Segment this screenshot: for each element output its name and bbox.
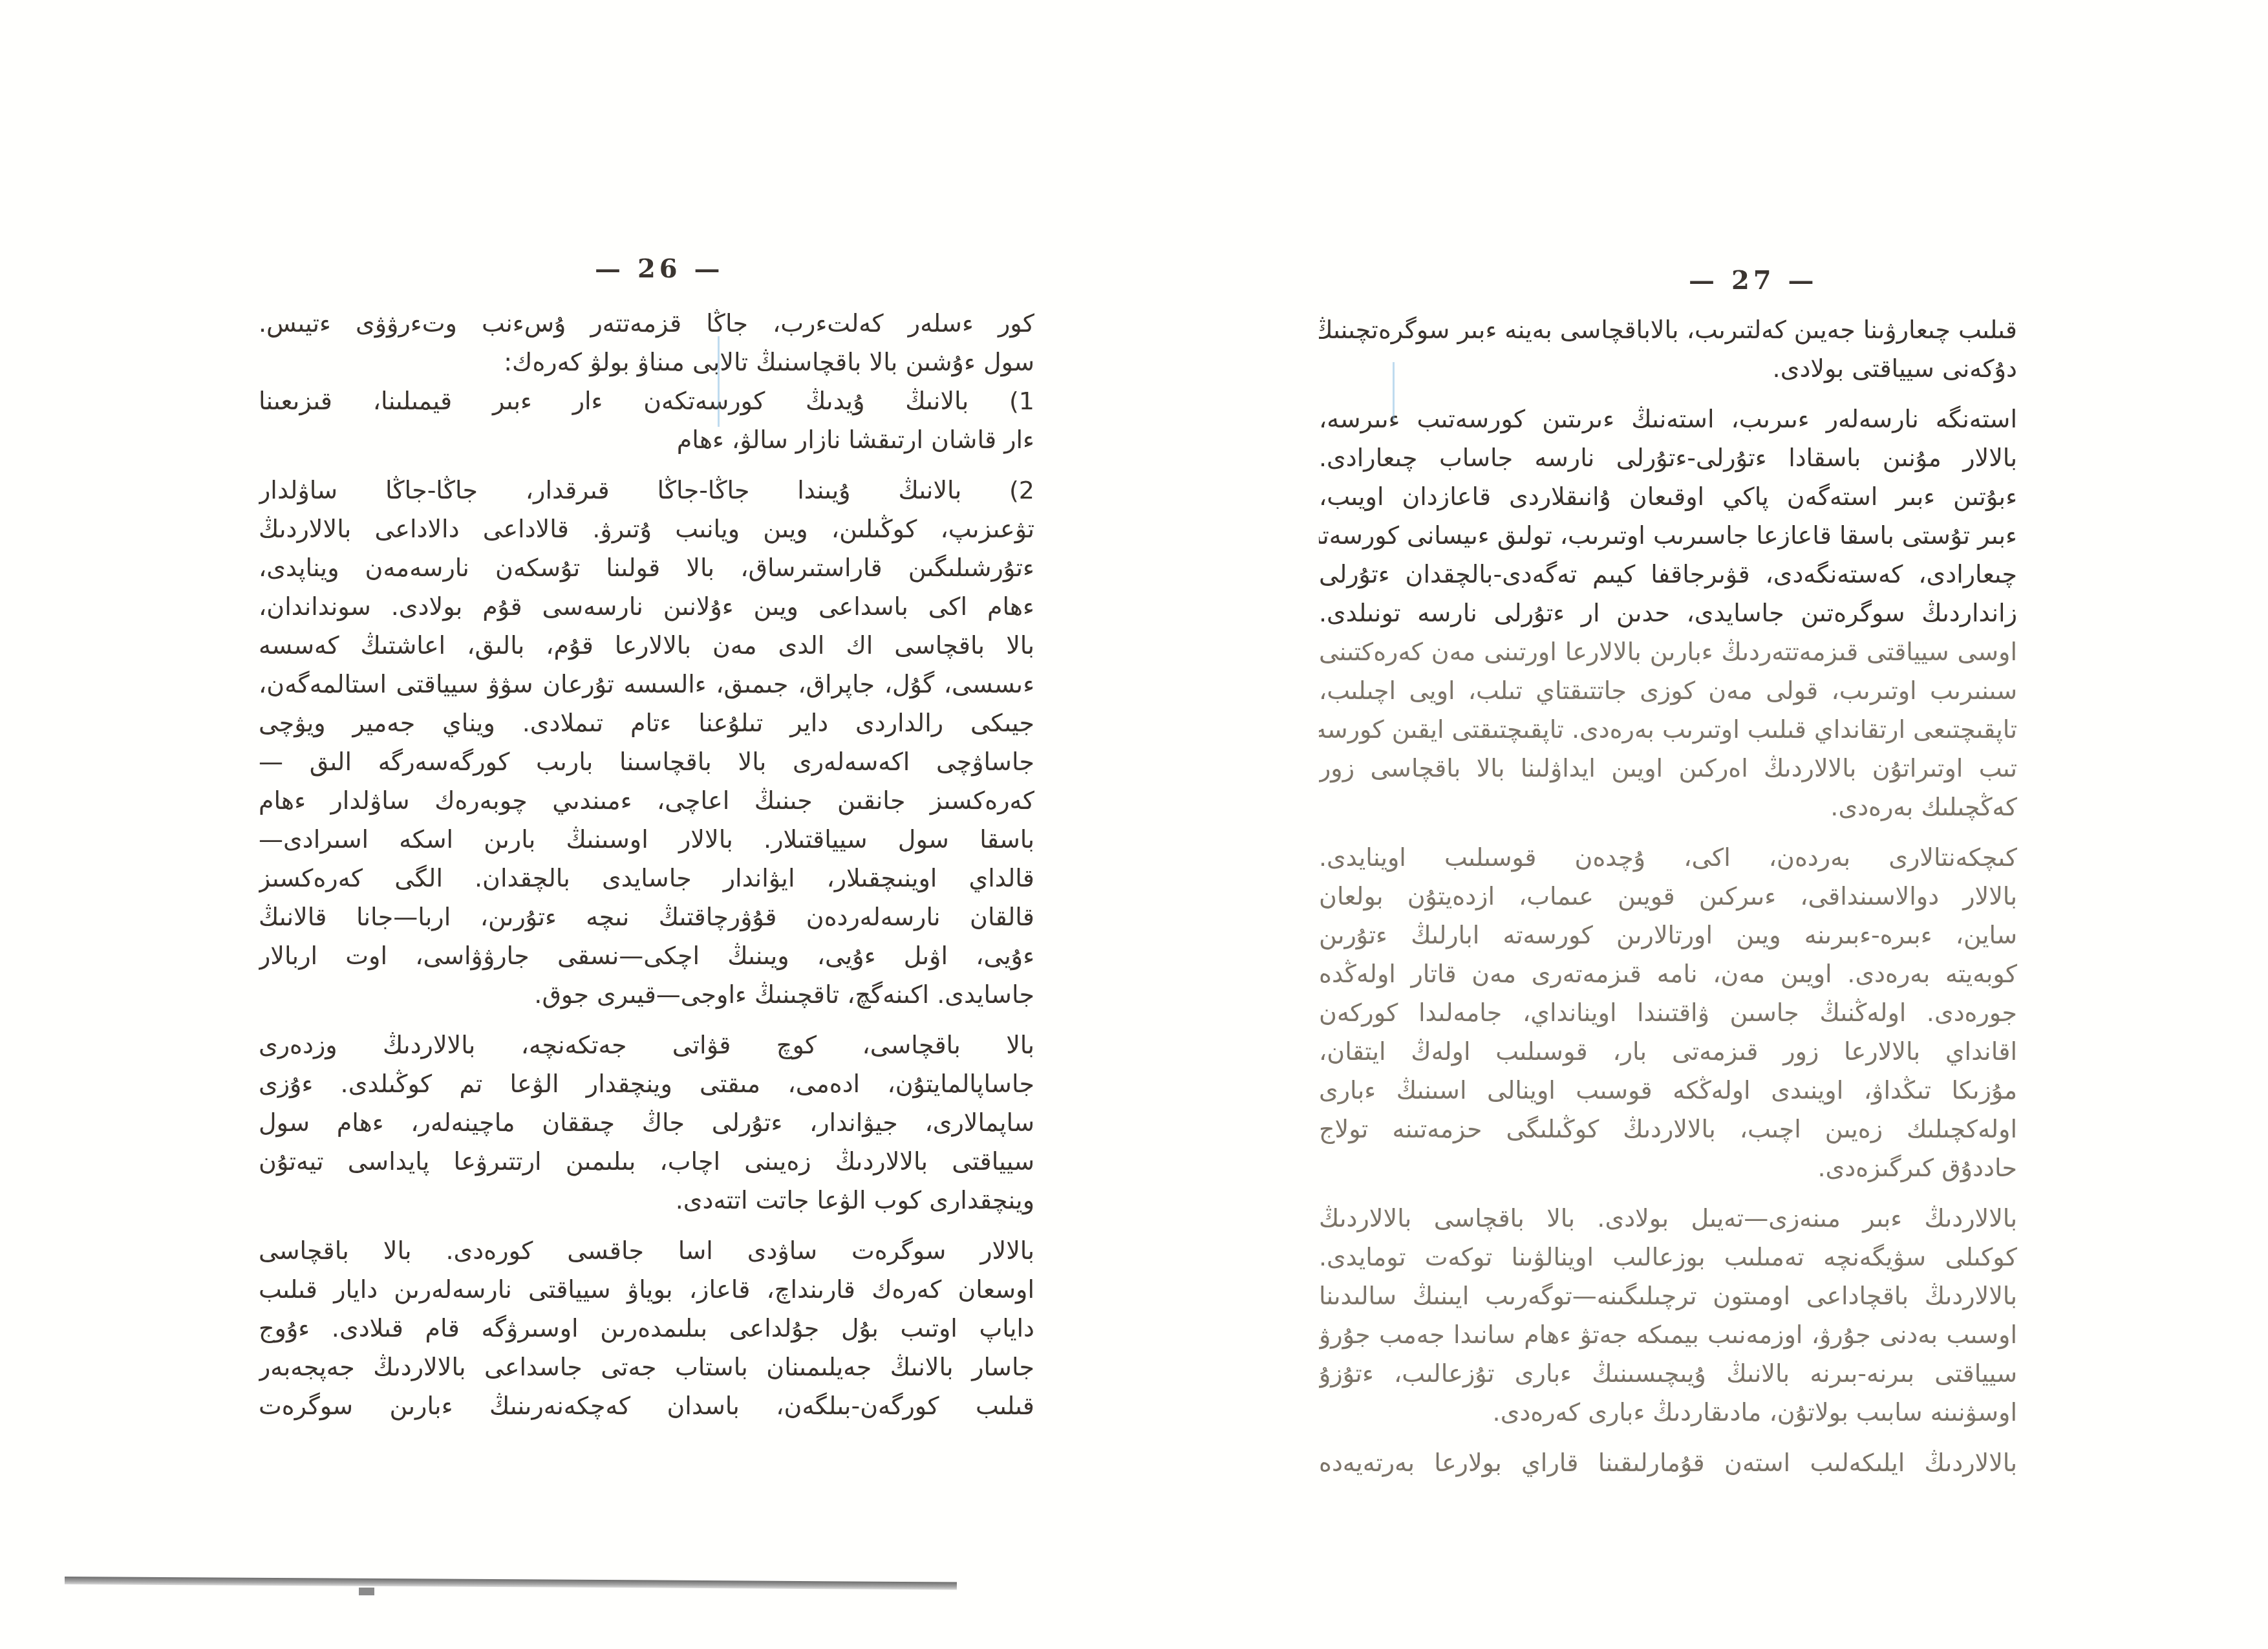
text-line: قالداي اوينىچقىلار، ايۋاندار جاسايدى بال…: [259, 859, 1034, 898]
text-line: بالالار مۇنىن باسقادا ءتۇرلى-ءتۇرلى نارس…: [1319, 438, 2017, 477]
text-line: بالالاردىڭ ءبىر مىنەزى—تەيىل بولادى. بال…: [1319, 1199, 2017, 1238]
text-line: ءۇيى، اۋىل ءۇيى، ويىنىڭ اچكى—نسقى جارۋۋا…: [259, 936, 1034, 975]
right-page: — 27 — قىلىب چىعارۋىنا جەيىن كەلتىرىب، ب…: [1134, 0, 2268, 1649]
text-line: چىعارادى، كەستەنگەدى، قۋىرجاقفا كيىم تەگ…: [1319, 555, 2017, 594]
text-line: قالقان نارسەلەردەن قۇۋرچاقتىڭ نىچە ءتۇرى…: [259, 898, 1034, 936]
page-number-left: — 26 —: [595, 253, 724, 284]
text-line: بالالاردىڭ باقچاداعى اومىتون ترچىلىگىنە—…: [1319, 1277, 2017, 1315]
text-line: تۋعىزىپ، كوڭىلىن، ويىن ويانىب ۇتىرۋ. قال…: [259, 510, 1034, 548]
text-line: بالا باقچاسى اك الدى مەن بالالارعا قۇم، …: [259, 626, 1034, 665]
text-line: كەرەكسىز جانقىن جىنىڭ اعاچى، ءمىندىي چوب…: [259, 781, 1034, 820]
text-line: جورەدى. اولەڭنىڭ جاسىن ۋاقتىندا اويناندا…: [1319, 993, 2017, 1032]
text-line: كىچكەنتالارى بەردەن، اكى، ۇچدەن قوسىلىب …: [1319, 838, 2017, 877]
text-line: كوكىلى سۋيگەنچە تەمىلىب بوزعالىب اوينالۋ…: [1319, 1238, 2017, 1277]
text-line: قىلىب چىعارۋىنا جەيىن كەلتىرىب، بالاباقچ…: [1319, 310, 2017, 349]
text-line: تىب اوتىراتۇن بالالاردىڭ اەركىن اويىن اي…: [1319, 749, 2017, 788]
text-line: اقانداي بالالارعا زور قىزمەتى بار، قوسىل…: [1319, 1032, 2017, 1071]
text-line: قىلىب كورگەن-بىلگەن، باسدان كەچكەنەرىنىڭ…: [259, 1386, 1034, 1425]
text-line: اوسىب بەدنى جۇرۋ، اوزمەنىب بيمىكە جەتۋ ء…: [1319, 1315, 2017, 1354]
text-line: اوسى سيياقتى قىزمەتتەردىڭ ءبارىن بالالار…: [1319, 632, 2017, 671]
text-line: استەنگە نارسەلەر ءىىرىب، استەنىڭ ءىرىتىن…: [1319, 400, 2017, 438]
text-line: جاسار بالانىڭ جەيلىمىنان باستاب جەتى جاس…: [259, 1348, 1034, 1386]
left-page: — 26 — كور ءسلەر كەلتءرب، جاڭا قزمەتتەر …: [0, 0, 1134, 1649]
text-line: ءبىر تۇستى باسقا قاعازعا جاسىرىب اوتىرىب…: [1319, 516, 2017, 555]
text-line: سيياقتى بىرنە-بىرنە بالانىڭ ۇيىچىسىنىڭ ء…: [1319, 1354, 2017, 1393]
text-line: مۇزىكا تىڭداۋ، اوينىدى اولەڭكە قوسىب اوي…: [1319, 1071, 2017, 1110]
left-page-text: كور ءسلەر كەلتءرب، جاڭا قزمەتتەر ۇسءنب و…: [259, 304, 1034, 1425]
scan-ink-mark: [1393, 362, 1395, 420]
text-line: اوسعان كەرەك قارىنداچ، قاعاز، بوياۋ سييا…: [259, 1270, 1034, 1309]
text-line: ءتۇرشىلىگىن قاراستىرساق، بالا قولىنا تۇس…: [259, 548, 1034, 587]
text-line: 2) بالانىڭ ۇيىندا جاڭا-جاڭا قىرقدار، جاڭ…: [259, 471, 1034, 510]
text-line: ءبۇتىن ءبىر استەگەن پاكي اوقىعان ۇانىقلا…: [1319, 477, 2017, 516]
text-line: تاپقىچتىعى ارتقانداي قىلىب اوتىرىب بەرەد…: [1319, 710, 2017, 749]
text-line: ساپمالارى، جيۋاندار، ءتۇرلى جاڭ چىققان م…: [259, 1103, 1034, 1142]
text-line: ءىسسى، گۇل، جاپراق، جىمىق، ءالسسە تۇرعان…: [259, 665, 1034, 704]
book-edge-tab: [359, 1588, 374, 1595]
text-line: جاساپالمايتۇن، ادەمى، مىقتى وينچقدار الۋ…: [259, 1064, 1034, 1103]
text-line: داياپ اوتىب بۇل جۇلداعى بىلىمدەرىن اوسىر…: [259, 1309, 1034, 1348]
text-line: جيىكى رالداردى داير تىلۇعنا ءتام تىملادى…: [259, 704, 1034, 742]
text-line: كوبەيتە بەرەدى. اويىن مەن، نامە قىزمەتەر…: [1319, 954, 2017, 993]
text-line: جاساۋچى اكەسەلەرى بالا باقچاسىنا بارىب ك…: [259, 742, 1034, 781]
scan-ink-mark: [718, 336, 720, 427]
text-line: كور ءسلەر كەلتءرب، جاڭا قزمەتتەر ۇسءنب و…: [259, 304, 1034, 343]
text-line: بالا باقچاسى، كوچ قۋاتى جەتكەنچە، بالالا…: [259, 1026, 1034, 1064]
text-line: ساين، ءبىرە-ءبىرىنە ويىن اورتالارىن كورس…: [1319, 916, 2017, 954]
text-line: سول ءۇشىن بالا باقچاسنىڭ تالابى مىناۋ بو…: [259, 343, 1034, 382]
text-line: كەڭچىلىك بەرەدى.: [1319, 788, 2017, 826]
text-line: جاسايدى. اكىنەگچ، تاقچىنىڭ ءاوجى—قيىرى ج…: [259, 975, 1034, 1014]
text-line: ءار قاشان ارتىقشا نازار سالۋ، ءھام: [259, 420, 1034, 459]
text-line: اولەكچىلىك زەيىن اچىب، بالالاردىڭ كوڭىلى…: [1319, 1110, 2017, 1148]
text-line: زانداردىڭ سوگرەتىن جاسايدى، حدىن ار ءتۇر…: [1319, 594, 2017, 632]
text-line: بالالار سوگرەت ساۋدى اسا جاقسى كورەدى. ب…: [259, 1231, 1034, 1270]
page-number-right: — 27 —: [1689, 265, 1818, 296]
text-line: وينچقدارى كوب الۋعا جاتت اتتەدى.: [259, 1181, 1034, 1220]
text-line: دۇكەنى سيياقتى بولادى.: [1319, 349, 2017, 388]
text-line: ءھام اكى باسداعى ويىن ءۇلانىن نارسەسى قۇ…: [259, 587, 1034, 626]
text-line: 1) بالانىڭ ۇيدىڭ كورسەتكەن ءار ءبىر قيمى…: [259, 382, 1034, 420]
right-page-text: قىلىب چىعارۋىنا جەيىن كەلتىرىب، بالاباقچ…: [1319, 310, 2017, 1482]
text-line: بالالاردىڭ ايلىكەلىب استەن قۇمارلىقىنا ق…: [1319, 1443, 2017, 1482]
text-line: حاددۇق كىرگىزەدى.: [1319, 1148, 2017, 1187]
text-line: بالالار دوالاسىنداقى، ءىىركىن قويىن عىما…: [1319, 877, 2017, 916]
text-line: اوسۋنىنە سابىب بولاتۇن، مادىقاردىڭ ءبارى…: [1319, 1393, 2017, 1432]
text-line: سيياقتى بالالاردىڭ زەيىنى اچاب، بىلىمىن …: [259, 1142, 1034, 1181]
text-line: باسقا سول سيياقتىلار. بالالار اوسىنىڭ با…: [259, 820, 1034, 859]
text-line: سىنىرىب اوتىرىب، قولى مەن كوزى جاتتىقتاي…: [1319, 671, 2017, 710]
